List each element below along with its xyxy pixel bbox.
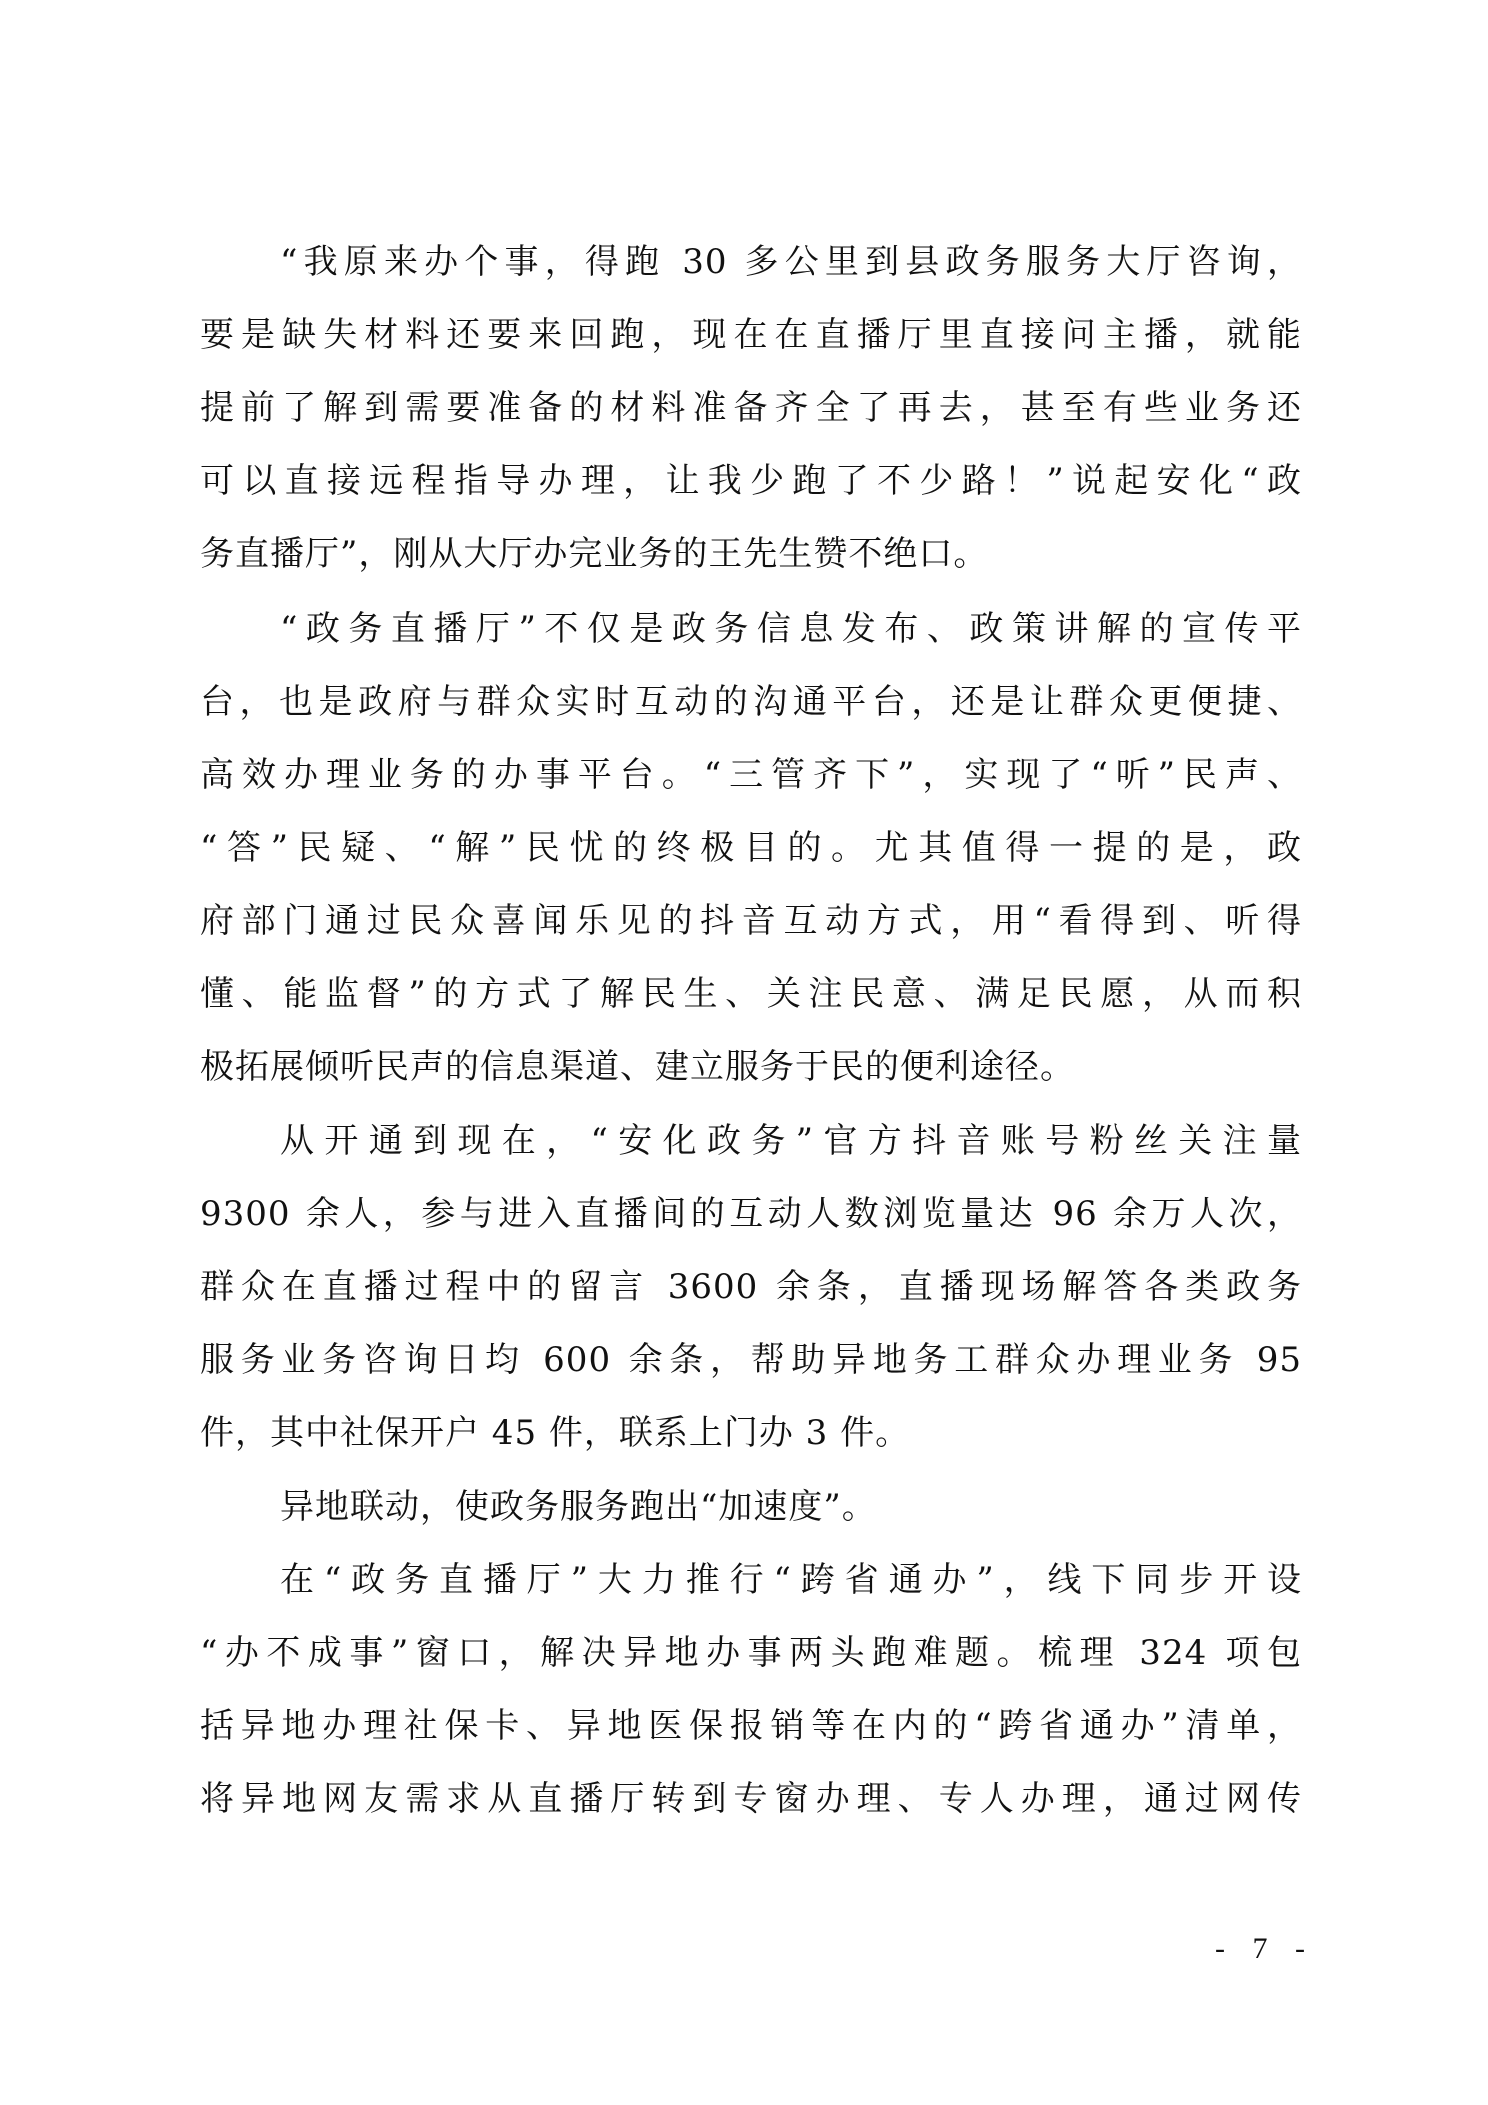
paragraph-5-line-4: 将异地网友需求从直播厅转到专窗办理、专人办理，通过网传 <box>200 1763 1302 1836</box>
paragraph-2-line-5: 府部门通过民众喜闻乐见的抖音互动方式，用“看得到、听得 <box>200 885 1302 958</box>
paragraph-2-line-4: “答”民疑、“解”民忧的终极目的。尤其值得一提的是，政 <box>200 812 1302 885</box>
paragraph-2-line-2: 台，也是政府与群众实时互动的沟通平台，还是让群众更便捷、 <box>200 666 1302 739</box>
page-number: - 7 - <box>1210 1932 1320 1966</box>
paragraph-1-line-5: 务直播厅”，刚从大厅办完业务的王先生赞不绝口。 <box>200 518 1302 591</box>
paragraph-1-line-2: 要是缺失材料还要来回跑，现在在直播厅里直接问主播，就能 <box>200 299 1302 372</box>
paragraph-2-line-7: 极拓展倾听民声的信息渠道、建立服务于民的便利途径。 <box>200 1031 1302 1104</box>
paragraph-1-line-1: “我原来办个事，得跑 30 多公里到县政务服务大厅咨询， <box>280 226 1302 299</box>
paragraph-2-line-3: 高效办理业务的办事平台。“三管齐下”，实现了“听”民声、 <box>200 739 1302 812</box>
paragraph-3-line-5: 件，其中社保开户 45 件，联系上门办 3 件。 <box>200 1397 1302 1470</box>
paragraph-2-line-1: “政务直播厅”不仅是政务信息发布、政策讲解的宣传平 <box>280 593 1302 666</box>
paragraph-1-line-3: 提前了解到需要准备的材料准备齐全了再去，甚至有些业务还 <box>200 372 1302 445</box>
paragraph-5-line-1: 在“政务直播厅”大力推行“跨省通办”，线下同步开设 <box>280 1544 1302 1617</box>
paragraph-3-line-3: 群众在直播过程中的留言 3600 余条，直播现场解答各类政务 <box>200 1251 1302 1324</box>
document-page: “我原来办个事，得跑 30 多公里到县政务服务大厅咨询， 要是缺失材料还要来回跑… <box>0 0 1488 2105</box>
paragraph-2-line-6: 懂、能监督”的方式了解民生、关注民意、满足民愿，从而积 <box>200 958 1302 1031</box>
paragraph-3-line-1: 从开通到现在，“安化政务”官方抖音账号粉丝关注量 <box>280 1105 1302 1178</box>
paragraph-1-line-4: 可以直接远程指导办理，让我少跑了不少路！”说起安化“政 <box>200 445 1302 518</box>
section-subheading: 异地联动，使政务服务跑出“加速度”。 <box>280 1471 1302 1544</box>
paragraph-5-line-2: “办不成事”窗口，解决异地办事两头跑难题。梳理 324 项包 <box>200 1617 1302 1690</box>
paragraph-5-line-3: 括异地办理社保卡、异地医保报销等在内的“跨省通办”清单， <box>200 1690 1302 1763</box>
paragraph-3-line-2: 9300 余人，参与进入直播间的互动人数浏览量达 96 余万人次， <box>200 1178 1302 1251</box>
paragraph-3-line-4: 服务业务咨询日均 600 余条，帮助异地务工群众办理业务 95 <box>200 1324 1302 1397</box>
